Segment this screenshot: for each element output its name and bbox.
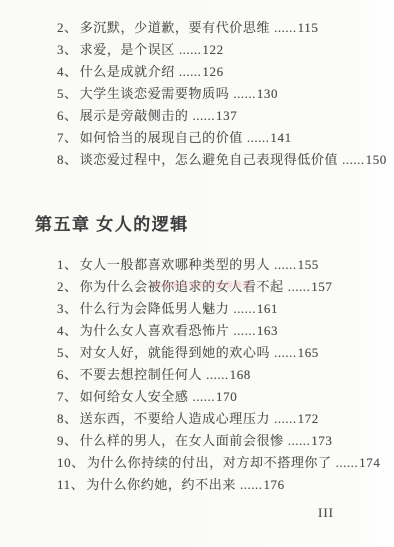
item-title: 大学生谈恋爱需要物质吗 — [80, 83, 230, 105]
item-title: 多沉默，少道歉，要有代价思维 — [80, 17, 270, 39]
book-toc-page: 2、多沉默，少道歉，要有代价思维......115 3、求爱，是个误区.....… — [0, 0, 394, 547]
item-page: 161 — [257, 298, 278, 320]
chapter-heading: 第五章 女人的逻辑 — [35, 214, 189, 235]
item-title: 展示是旁敲侧击的 — [80, 105, 189, 127]
item-number: 8、 — [57, 408, 78, 430]
item-number: 8、 — [57, 149, 78, 171]
item-page: 141 — [270, 127, 291, 149]
item-number: 4、 — [57, 320, 78, 342]
item-number: 10、 — [57, 452, 85, 474]
item-number: 1、 — [57, 254, 78, 276]
dot-leader: ...... — [179, 61, 202, 83]
dot-leader: ...... — [288, 430, 311, 452]
dot-leader: ...... — [193, 386, 216, 408]
toc-section-continued: 2、多沉默，少道歉，要有代价思维......115 3、求爱，是个误区.....… — [57, 17, 382, 171]
item-title: 女人一般都喜欢哪种类型的男人 — [80, 254, 270, 276]
item-page: 163 — [257, 320, 278, 342]
dot-leader: ...... — [193, 105, 216, 127]
dot-leader: ...... — [274, 254, 297, 276]
toc-item: 2、多沉默，少道歉，要有代价思维......115 — [57, 17, 382, 39]
toc-item: 5、对女人好，就能得到她的欢心吗......165 — [57, 342, 382, 364]
toc-section-chapter5: 1、女人一般都喜欢哪种类型的男人......155 2、你为什么会被你追求的女人… — [57, 254, 382, 496]
item-number: 2、 — [57, 17, 78, 39]
item-number: 6、 — [57, 105, 78, 127]
toc-item: 3、求爱，是个误区......122 — [57, 39, 382, 61]
toc-item: 7、如何恰当的展现自己的价值......141 — [57, 127, 382, 149]
item-title: 求爱，是个误区 — [80, 39, 175, 61]
item-number: 6、 — [57, 364, 78, 386]
toc-item: 8、谈恋爱过程中，怎么避免自己表现得低价值......150 — [57, 149, 382, 171]
item-title: 为什么你约她，约不出来 — [86, 474, 236, 496]
item-page: 130 — [257, 83, 278, 105]
toc-item: 4、什么是成就介绍......126 — [57, 61, 382, 83]
item-page: 150 — [366, 149, 387, 171]
item-number: 4、 — [57, 61, 78, 83]
item-title: 对女人好，就能得到她的欢心吗 — [80, 342, 270, 364]
item-title: 为什么女人喜欢看恐怖片 — [80, 320, 230, 342]
item-number: 7、 — [57, 386, 78, 408]
dot-leader: ...... — [342, 149, 365, 171]
item-page: 168 — [230, 364, 251, 386]
item-number: 5、 — [57, 342, 78, 364]
dot-leader: ...... — [233, 83, 256, 105]
item-number: 7、 — [57, 127, 78, 149]
item-page: 173 — [311, 430, 332, 452]
item-number: 3、 — [57, 298, 78, 320]
page-number: III — [318, 505, 334, 521]
item-page: 115 — [298, 17, 319, 39]
toc-item: 11、为什么你约她，约不出来......176 — [57, 474, 382, 496]
item-title: 如何恰当的展现自己的价值 — [80, 127, 243, 149]
toc-item: 5、大学生谈恋爱需要物质吗......130 — [57, 83, 382, 105]
item-page: 126 — [202, 61, 223, 83]
toc-item: 9、什么样的男人，在女人面前会很惨......173 — [57, 430, 382, 452]
dot-leader: ...... — [288, 276, 311, 298]
item-page: 176 — [263, 474, 284, 496]
toc-item: 8、送东西，不要给人造成心理压力......172 — [57, 408, 382, 430]
item-page: 172 — [298, 408, 319, 430]
item-number: 3、 — [57, 39, 78, 61]
dot-leader: ...... — [274, 408, 297, 430]
item-title: 为什么你持续的付出，对方却不搭理你了 — [87, 452, 332, 474]
dot-leader: ...... — [233, 298, 256, 320]
item-title: 什么行为会降低男人魅力 — [80, 298, 230, 320]
item-number: 9、 — [57, 430, 78, 452]
item-title: 送东西，不要给人造成心理压力 — [80, 408, 270, 430]
toc-item: 6、展示是旁敲侧击的......137 — [57, 105, 382, 127]
dot-leader: ...... — [206, 364, 229, 386]
dot-leader: ...... — [179, 39, 202, 61]
item-number: 11、 — [57, 474, 84, 496]
item-number: 2、 — [57, 276, 78, 298]
item-title: 什么是成就介绍 — [80, 61, 175, 83]
item-title: 谈恋爱过程中，怎么避免自己表现得低价值 — [80, 149, 338, 171]
item-title: 你为什么会被你追求的女人看不起 — [80, 276, 284, 298]
dot-leader: ...... — [274, 342, 297, 364]
toc-item: 4、为什么女人喜欢看恐怖片......163 — [57, 320, 382, 342]
dot-leader: ...... — [233, 320, 256, 342]
item-page: 155 — [298, 254, 319, 276]
toc-item: 6、不要去想控制任何人......168 — [57, 364, 382, 386]
dot-leader: ...... — [274, 17, 297, 39]
item-page: 157 — [311, 276, 332, 298]
item-page: 165 — [298, 342, 319, 364]
dot-leader: ...... — [336, 452, 359, 474]
toc-item: 3、什么行为会降低男人魅力......161 — [57, 298, 382, 320]
toc-item: 1、女人一般都喜欢哪种类型的男人......155 — [57, 254, 382, 276]
item-page: 170 — [216, 386, 237, 408]
item-title: 什么样的男人，在女人面前会很惨 — [80, 430, 284, 452]
toc-item: 2、你为什么会被你追求的女人看不起......157 — [57, 276, 382, 298]
item-title: 如何给女人安全感 — [80, 386, 189, 408]
item-number: 5、 — [57, 83, 78, 105]
item-title: 不要去想控制任何人 — [80, 364, 202, 386]
item-page: 174 — [359, 452, 380, 474]
dot-leader: ...... — [247, 127, 270, 149]
item-page: 122 — [202, 39, 223, 61]
toc-item: 10、为什么你持续的付出，对方却不搭理你了......174 — [57, 452, 382, 474]
item-page: 137 — [216, 105, 237, 127]
toc-item: 7、如何给女人安全感......170 — [57, 386, 382, 408]
dot-leader: ...... — [240, 474, 263, 496]
